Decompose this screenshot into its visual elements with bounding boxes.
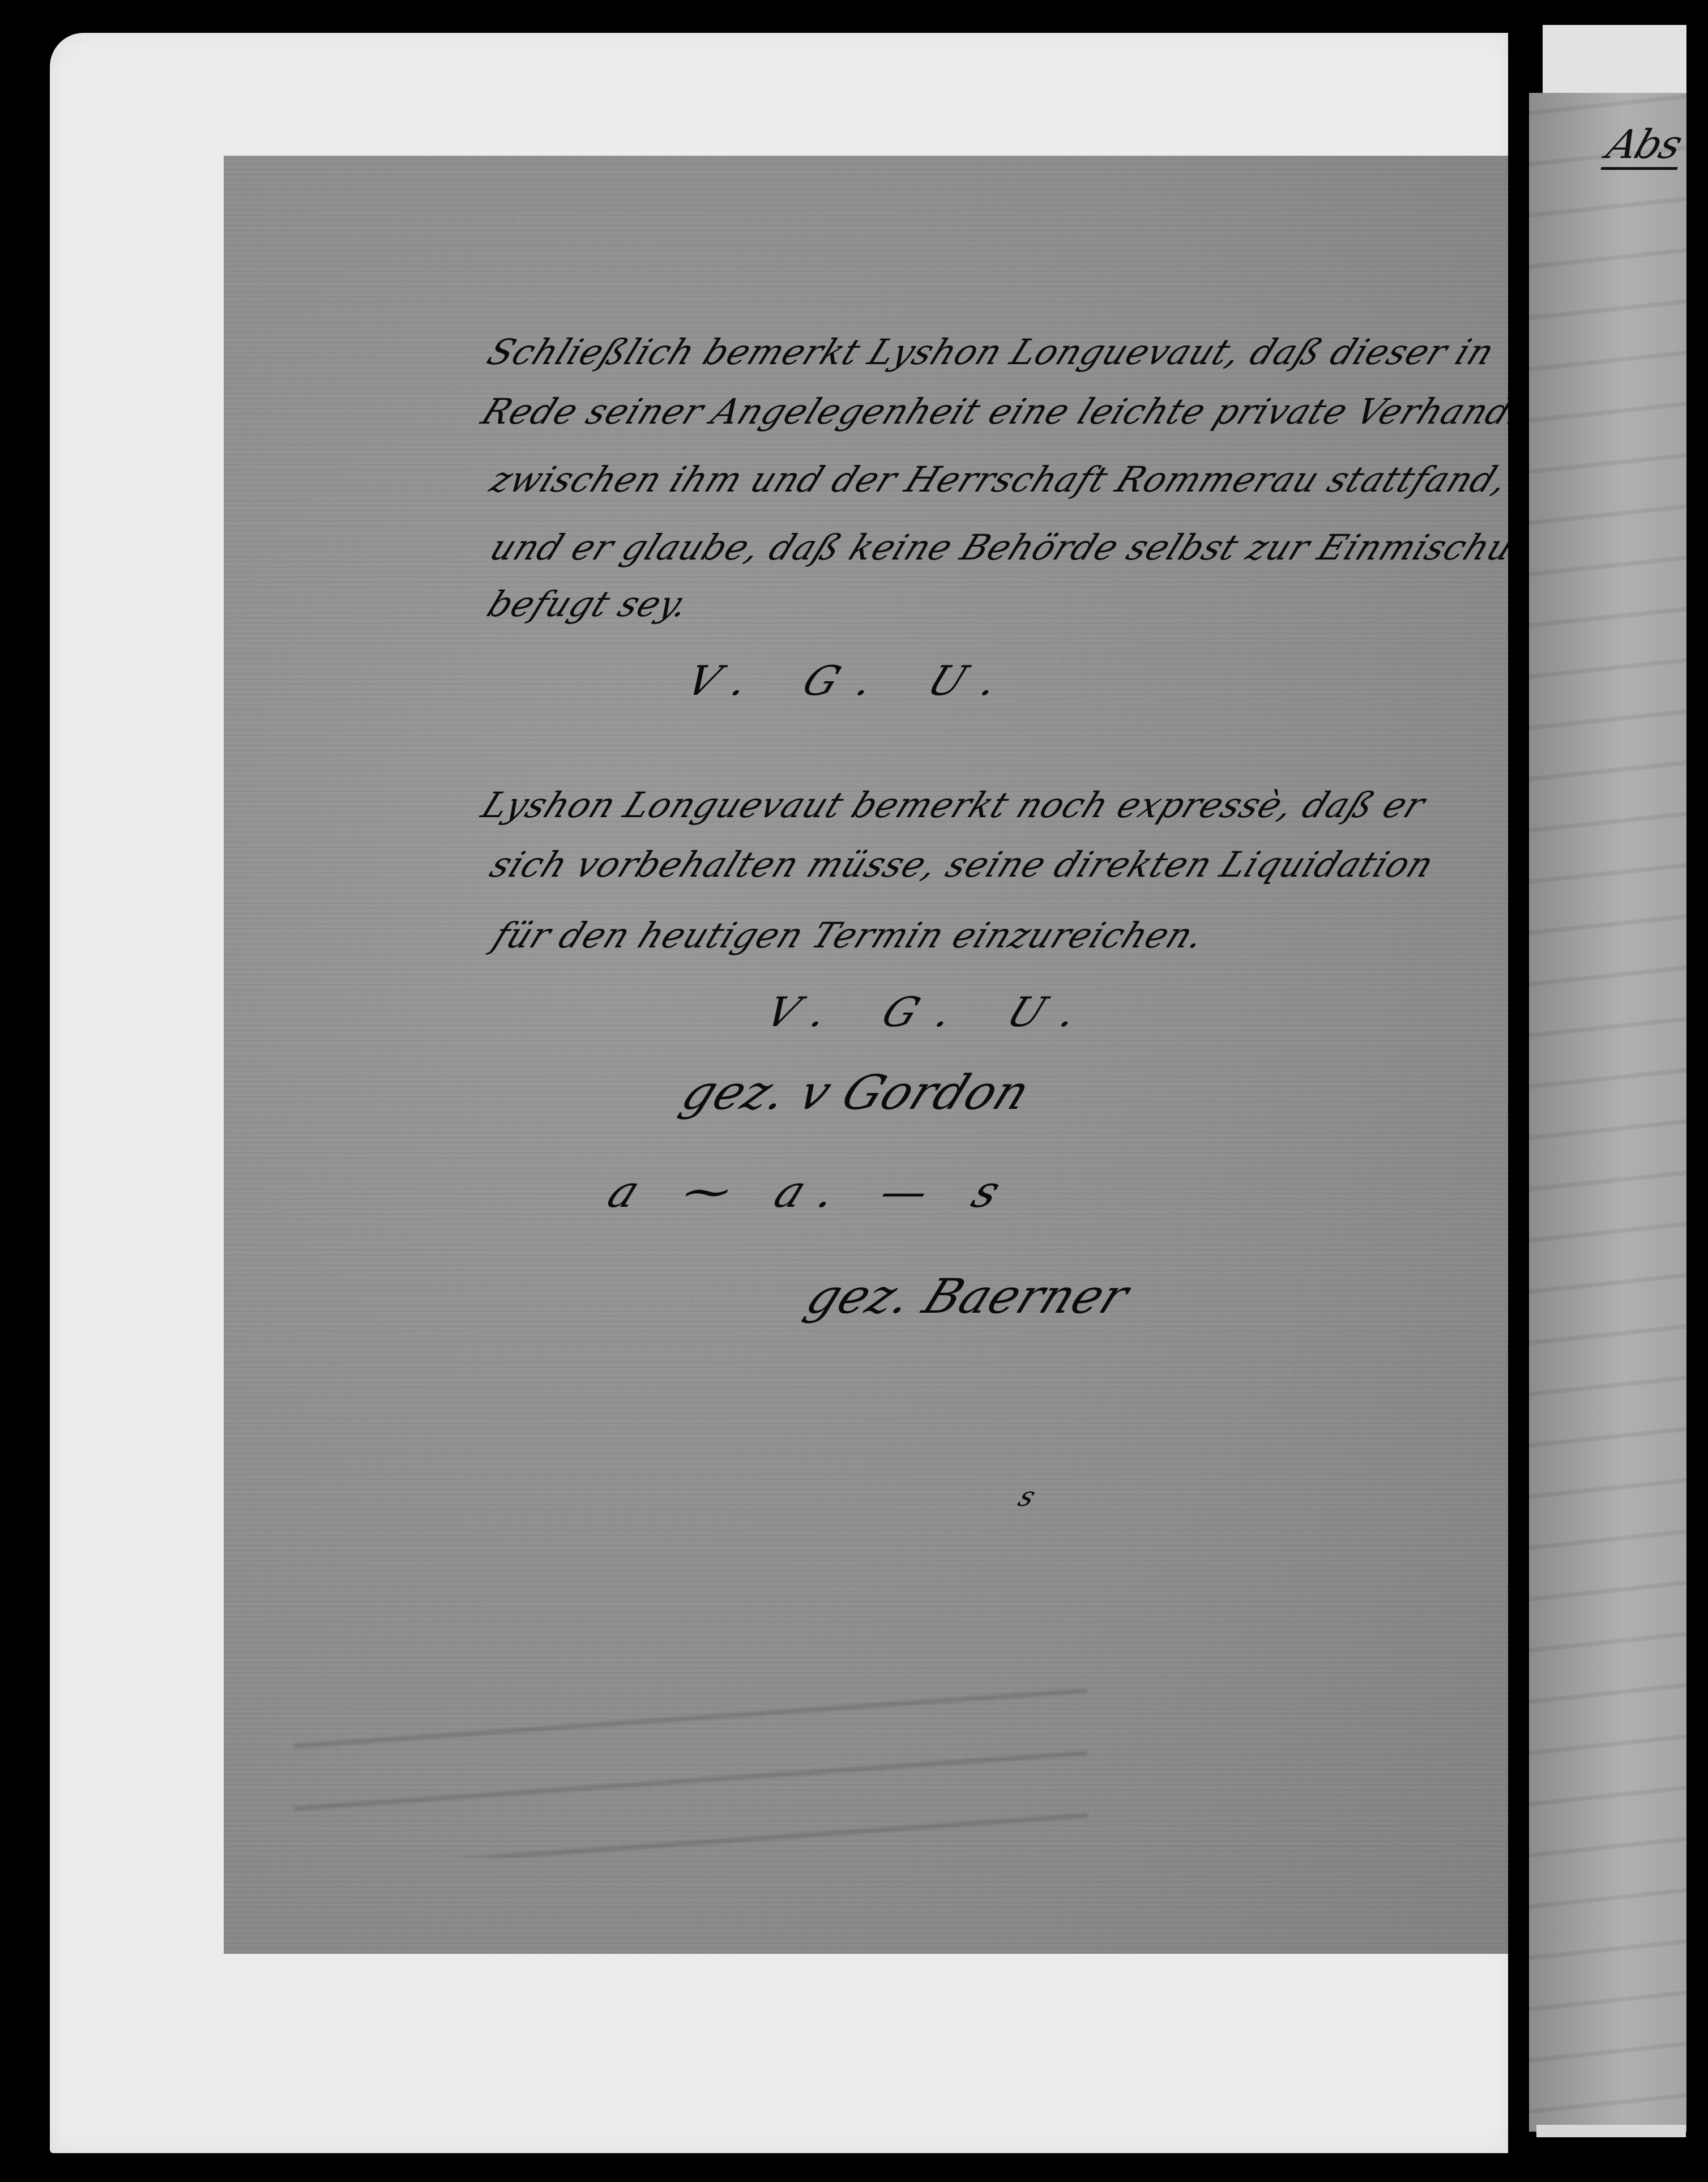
right-strip-top-paper [1543,25,1686,94]
closing-vgu-2: V. G. U. [759,988,1108,1036]
bleed-through-text [294,1688,1087,1858]
paragraph1-line5: befugt sey. [481,583,696,625]
attestation-mark: a ⁓ a. — s [600,1167,1024,1218]
paragraph2-line3: für den heutigen Termin einzureichen. [487,915,1211,956]
paragraph1-line2: Rede seiner Angelegenheit eine leichte p… [476,391,1600,432]
paragraph1-line3: zwischen ihm und der Herrschaft Rommerau… [484,459,1515,500]
margin-note-right: Abs [1600,122,1693,170]
signature-gordon: gez. v Gordon [674,1065,1039,1120]
paragraph2-line2: sich vorbehalten müsse, seine direkten L… [484,844,1441,885]
closing-vgu-1: V. G. U. [680,657,1029,704]
paragraph1-line4: und er glaube, daß keine Behörde selbst … [484,527,1567,568]
signature-baerner: gez. Baerner [799,1269,1137,1324]
paragraph1-line1: Schließlich bemerkt Lyshon Longuevaut, d… [481,331,1501,373]
binding-gutter-divider [1508,0,1530,2182]
right-strip-bottom-edge [1536,2125,1686,2137]
adjacent-page-strip [1529,93,1686,2132]
paragraph2-line1: Lyshon Longuevaut bemerkt noch expressè,… [476,784,1432,826]
